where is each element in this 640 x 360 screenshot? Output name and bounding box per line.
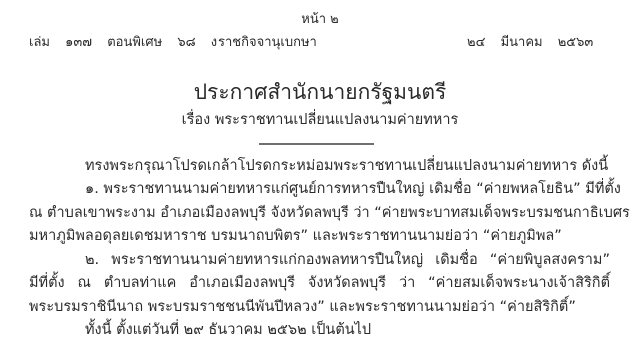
section-label: ตอนพิเศษ [107,35,162,50]
volume-number: ๑๓๗ [65,35,92,50]
body-item-1-line-3: มหาภูมิพลอดุลยเดชมหาราช บรมนาถบพิตร” และ… [29,224,562,248]
publication-name: ราชกิจจานุเบกษา [218,31,317,52]
body-item-2-line-1: ๒. พระราชทานนามค่ายทหารแก่กองพลทหารปืนให… [85,248,610,272]
date-year: ๒๕๖๓ [558,35,594,50]
body-item-2-line-3: พระบรมราชินีนาถ พระบรมราชชนนีพันปีหลวง” … [29,295,576,319]
gazette-page: หน้า ๒ เล่ม ๑๓๗ ตอนพิเศษ ๖๘ ง ราชกิจจานุ… [0,0,640,360]
body-item-2-line-2: มีที่ตั้ง ณ ตำบลท่าแค อำเภอเมืองลพบุรี จ… [29,271,610,295]
volume-label: เล่ม [29,35,50,50]
section-number: ๖๘ [177,35,195,50]
title-divider [259,143,374,145]
gazette-volume-info: เล่ม ๑๓๗ ตอนพิเศษ ๖๘ ง [29,31,228,52]
document-subject: เรื่อง พระราชทานเปลี่ยนแปลงนามค่ายทหาร [0,108,640,131]
date-day: ๒๔ [467,35,485,50]
section-letter: ง [211,35,217,50]
publication-date: ๒๔ มีนาคม ๒๕๖๓ [467,31,593,52]
body-item-1-line-1: ๑. พระราชทานนามค่ายทหารแก่ศูนย์การทหารปื… [85,177,610,201]
document-title: ประกาศสำนักนายกรัฐมนตรี [0,76,640,109]
body-item-1-line-2: ณ ตำบลเขาพระงาม อำเภอเมืองลพบุรี จังหวัด… [29,201,610,225]
page-number: หน้า ๒ [0,8,640,29]
body-effective-date-line: ทั้งนี้ ตั้งแต่วันที่ ๒๙ ธันวาคม ๒๕๖๒ เป… [85,318,371,342]
body-intro-line: ทรงพระกรุณาโปรดเกล้าโปรดกระหม่อมพระราชทา… [85,154,608,178]
date-month: มีนาคม [501,35,543,50]
